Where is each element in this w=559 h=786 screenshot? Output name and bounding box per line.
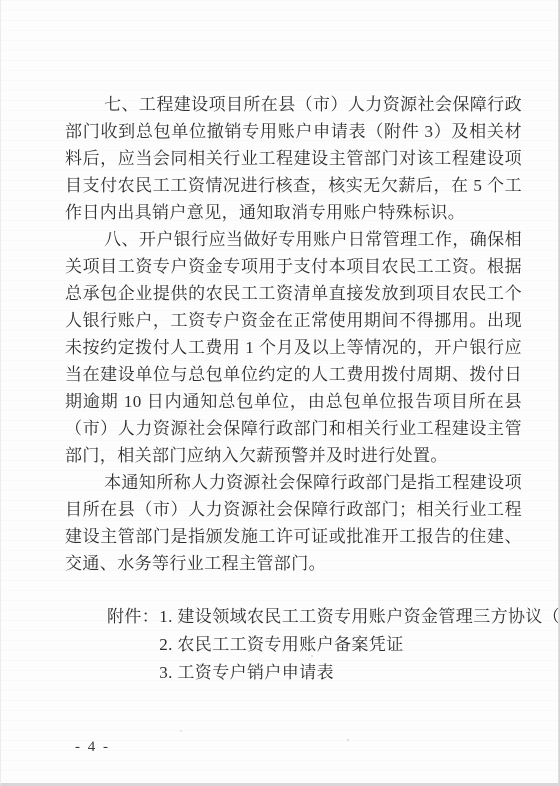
attachment-item-1: 1. 建设领域农民工工资专用账户资金管理三方协议（参考） bbox=[159, 603, 559, 631]
attachment-item-2: 2. 农民工工资专用账户备案凭证 bbox=[159, 631, 559, 659]
scan-speck-icon bbox=[347, 739, 349, 741]
page-number: - 4 - bbox=[75, 739, 110, 756]
document-page: 七、工程建设项目所在县（市）人力资源社会保障行政部门收到总包单位撤销专用账户申请… bbox=[0, 0, 559, 786]
document-body: 七、工程建设项目所在县（市）人力资源社会保障行政部门收到总包单位撤销专用账户申请… bbox=[65, 91, 522, 687]
scan-speck-icon bbox=[180, 730, 182, 732]
scan-speck-icon bbox=[311, 655, 313, 657]
attachments-block: 附件： 1. 建设领域农民工工资专用账户资金管理三方协议（参考） 2. 农民工工… bbox=[65, 603, 522, 687]
attachment-item-3: 3. 工资专户销户申请表 bbox=[159, 659, 559, 687]
paragraph-item-7: 七、工程建设项目所在县（市）人力资源社会保障行政部门收到总包单位撤销专用账户申请… bbox=[65, 91, 522, 226]
attachments-label: 附件： bbox=[107, 603, 159, 631]
attachments-list: 1. 建设领域农民工工资专用账户资金管理三方协议（参考） 2. 农民工工资专用账… bbox=[159, 603, 559, 687]
paragraph-definitions: 本通知所称人力资源社会保障行政部门是指工程建设项目所在县（市）人力资源社会保障行… bbox=[65, 469, 522, 577]
paragraph-item-8: 八、开户银行应当做好专用账户日常管理工作，确保相关项目工资专户资金专项用于支付本… bbox=[65, 226, 522, 469]
